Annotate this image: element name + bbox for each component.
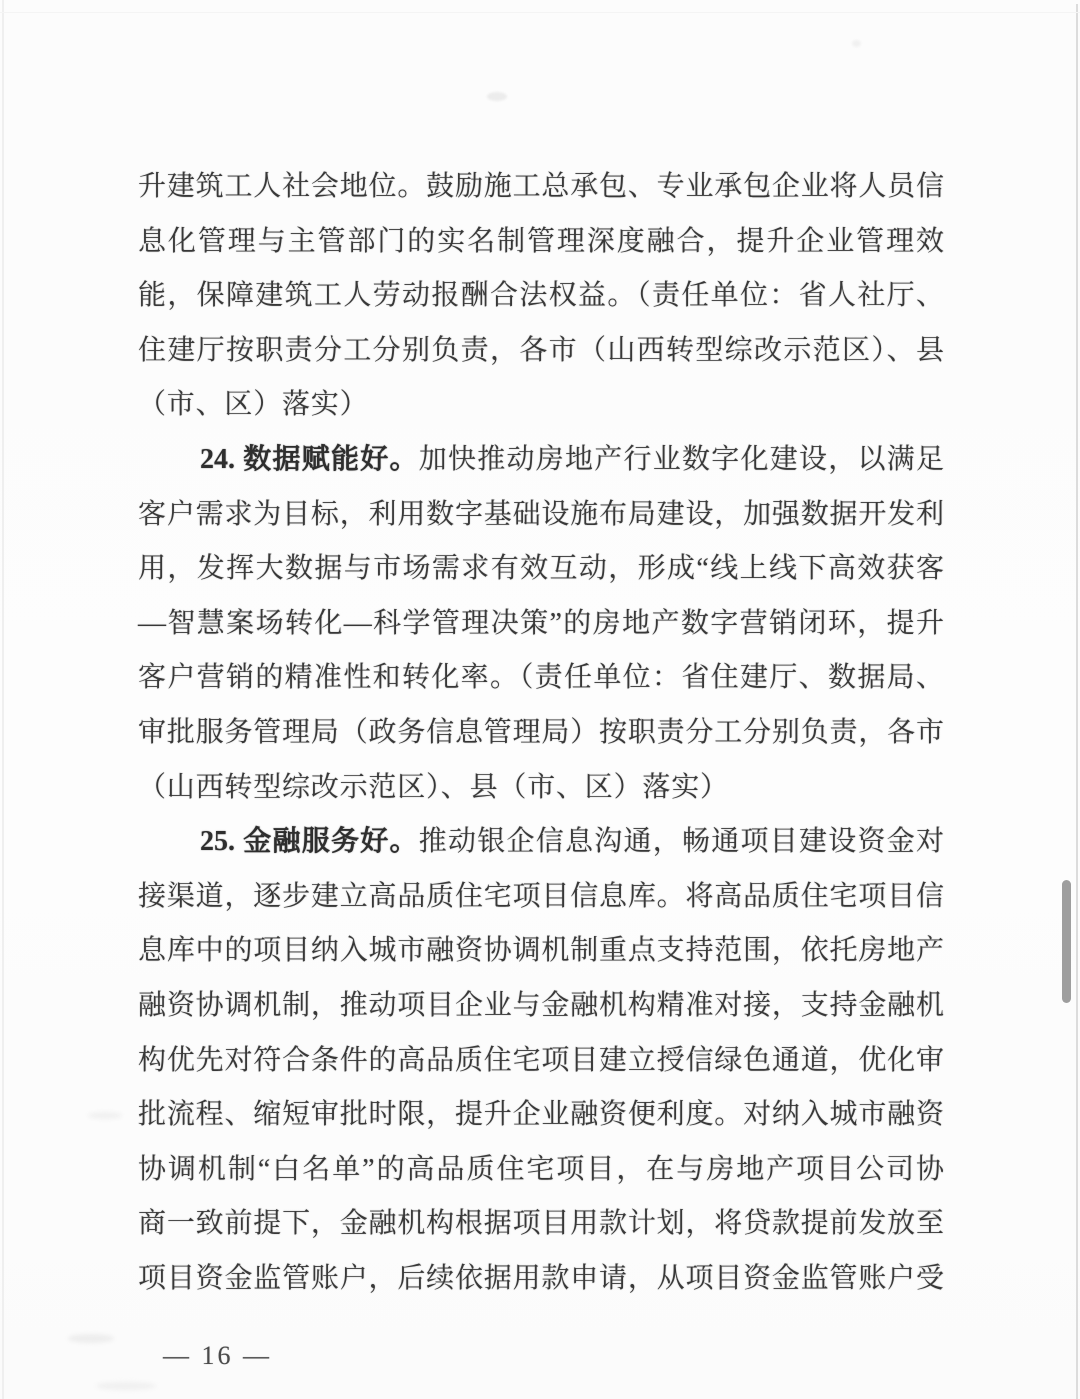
- line-text: （市、区）落实）: [138, 389, 368, 420]
- page-number: — 16 —: [163, 1341, 272, 1371]
- line-text: 能，保障建筑工人劳动报酬合法权益。（责任单位：省人社厅、: [138, 280, 944, 311]
- text-line: 用，发挥大数据与市场需求有效互动，形成“线上线下高效获客: [138, 542, 944, 597]
- line-text: 构优先对符合条件的高品质住宅项目建立授信绿色通道，优化审: [138, 1045, 944, 1076]
- line-text: 协调机制“白名单”的高品质住宅项目，在与房地产项目公司协: [138, 1154, 944, 1185]
- text-line: 审批服务管理局（政务信息管理局）按职责分工分别负责，各市: [138, 706, 944, 761]
- line-text: 住建厅按职责分工分别负责，各市（山西转型综改示范区）、县: [138, 335, 944, 366]
- scan-artifact: [487, 92, 507, 101]
- scrollbar-thumb[interactable]: [1062, 880, 1071, 1003]
- text-line: 能，保障建筑工人劳动报酬合法权益。（责任单位：省人社厅、: [138, 269, 944, 324]
- text-line-paragraph-end: （市、区）落实）: [138, 378, 944, 433]
- text-line: 息化管理与主管部门的实名制管理深度融合，提升企业管理效: [138, 215, 944, 270]
- line-text: 融资协调机制，推动项目企业与金融机构精准对接，支持金融机: [138, 990, 944, 1021]
- text-line: 息库中的项目纳入城市融资协调机制重点支持范围，依托房地产: [138, 924, 944, 979]
- page-left-edge-shadow: [2, 0, 4, 1399]
- line-text: 用，发挥大数据与市场需求有效互动，形成“线上线下高效获客: [138, 553, 944, 584]
- line-text: 客户营销的精准性和转化率。（责任单位：省住建厅、数据局、: [138, 662, 944, 693]
- text-line-item-24: 24. 数据赋能好。加快推动房地产行业数字化建设，以满足: [138, 433, 944, 488]
- text-line: 协调机制“白名单”的高品质住宅项目，在与房地产项目公司协: [138, 1143, 944, 1198]
- document-body-text: 升建筑工人社会地位。鼓励施工总承包、专业承包企业将人员信 息化管理与主管部门的实…: [138, 160, 944, 1306]
- line-text: —智慧案场转化—科学管理决策”的房地产数字营销闭环，提升: [138, 608, 944, 639]
- page-right-edge-shadow: [1076, 4, 1078, 1399]
- text-line: 客户需求为目标，利用数字基础设施布局建设，加强数据开发利: [138, 488, 944, 543]
- line-text: 加快推动房地产行业数字化建设，以满足: [419, 444, 944, 475]
- line-text: 商一致前提下，金融机构根据项目用款计划，将贷款提前发放至: [138, 1208, 944, 1239]
- scan-artifact: [68, 1334, 114, 1343]
- item-24-heading: 24. 数据赋能好。: [200, 444, 419, 475]
- text-line-item-25: 25. 金融服务好。推动银企信息沟通，畅通项目建设资金对: [138, 815, 944, 870]
- text-line: 客户营销的精准性和转化率。（责任单位：省住建厅、数据局、: [138, 651, 944, 706]
- line-text: 审批服务管理局（政务信息管理局）按职责分工分别负责，各市: [138, 717, 944, 748]
- text-line: —智慧案场转化—科学管理决策”的房地产数字营销闭环，提升: [138, 597, 944, 652]
- text-line-paragraph-end: （山西转型综改示范区）、县（市、区）落实）: [138, 761, 944, 816]
- text-line: 接渠道，逐步建立高品质住宅项目信息库。将高品质住宅项目信: [138, 870, 944, 925]
- text-line: 项目资金监管账户，后续依据用款申请，从项目资金监管账户受: [138, 1252, 944, 1307]
- line-text: 息库中的项目纳入城市融资协调机制重点支持范围，依托房地产: [138, 935, 944, 966]
- text-line: 升建筑工人社会地位。鼓励施工总承包、专业承包企业将人员信: [138, 160, 944, 215]
- line-text: 升建筑工人社会地位。鼓励施工总承包、专业承包企业将人员信: [138, 171, 944, 202]
- line-text: 息化管理与主管部门的实名制管理深度融合，提升企业管理效: [138, 226, 944, 257]
- line-text: 批流程、缩短审批时限，提升企业融资便利度。对纳入城市融资: [138, 1099, 944, 1130]
- text-line: 批流程、缩短审批时限，提升企业融资便利度。对纳入城市融资: [138, 1088, 944, 1143]
- scan-artifact: [88, 1112, 122, 1119]
- page-top-edge-shadow: [0, 12, 1080, 13]
- scan-artifact: [96, 1382, 156, 1390]
- line-text: （山西转型综改示范区）、县（市、区）落实）: [138, 772, 729, 803]
- text-line: 住建厅按职责分工分别负责，各市（山西转型综改示范区）、县: [138, 324, 944, 379]
- line-text: 接渠道，逐步建立高品质住宅项目信息库。将高品质住宅项目信: [138, 881, 944, 912]
- text-line: 构优先对符合条件的高品质住宅项目建立授信绿色通道，优化审: [138, 1034, 944, 1089]
- line-text: 推动银企信息沟通，畅通项目建设资金对: [419, 826, 944, 857]
- line-text: 客户需求为目标，利用数字基础设施布局建设，加强数据开发利: [138, 499, 944, 530]
- text-line: 融资协调机制，推动项目企业与金融机构精准对接，支持金融机: [138, 979, 944, 1034]
- scanned-document-page: 升建筑工人社会地位。鼓励施工总承包、专业承包企业将人员信 息化管理与主管部门的实…: [0, 0, 1080, 1399]
- text-line: 商一致前提下，金融机构根据项目用款计划，将贷款提前发放至: [138, 1197, 944, 1252]
- scan-artifact: [852, 40, 861, 47]
- item-25-heading: 25. 金融服务好。: [200, 826, 419, 857]
- line-text: 项目资金监管账户，后续依据用款申请，从项目资金监管账户受: [138, 1263, 944, 1294]
